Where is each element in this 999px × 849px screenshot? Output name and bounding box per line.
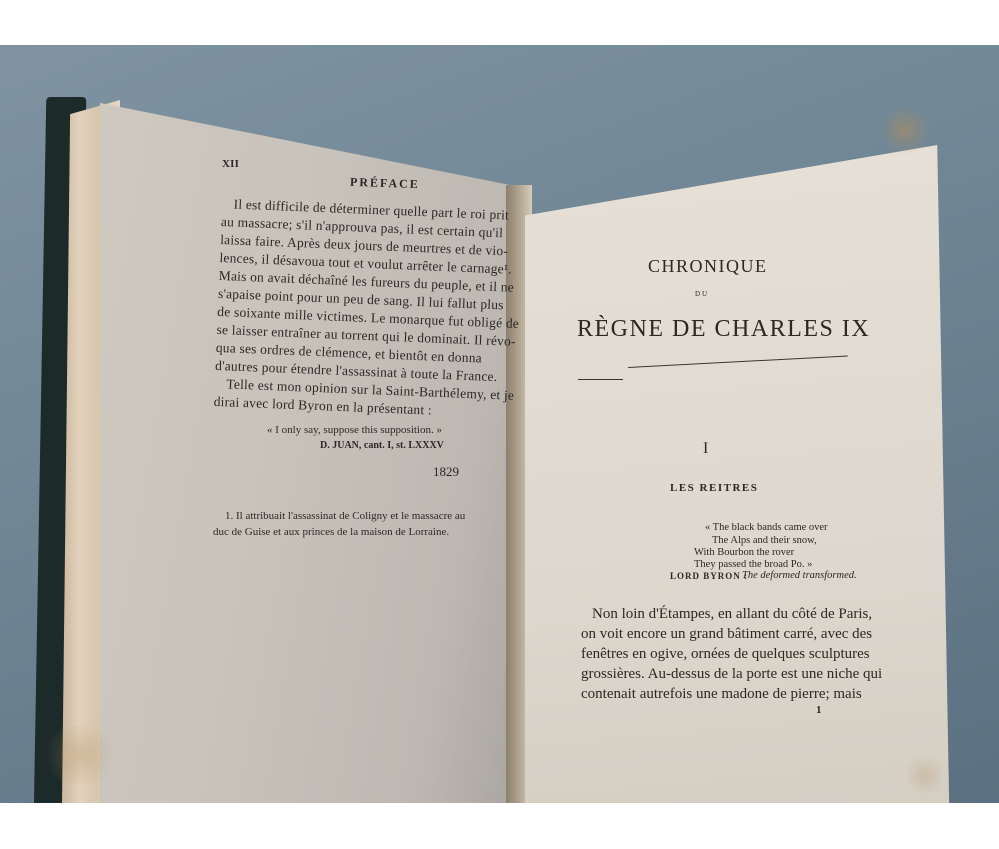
chapter-title: LES REITRES — [670, 482, 758, 494]
epigraph-line: With Bourbon the rover — [694, 547, 794, 558]
title-rule — [578, 379, 623, 380]
epigraph-author: LORD BYRON : — [670, 571, 748, 581]
signature-mark: 1 — [816, 704, 822, 716]
epigraph-line: The Alps and their snow, — [712, 535, 817, 546]
body-line: Non loin d'Étampes, en allant du côté de… — [592, 606, 872, 623]
title-rule — [628, 355, 848, 368]
right-page-text: CHRONIQUE DU RÈGNE DE CHARLES IX I LES R… — [0, 0, 999, 849]
title-du: DU — [695, 290, 709, 298]
body-line: contenait autrefois une madone de pierre… — [581, 686, 862, 703]
body-line: fenêtres en ogive, ornées de quelques sc… — [581, 646, 870, 663]
title-chronique: CHRONIQUE — [648, 256, 768, 277]
body-line: on voit encore un grand bâtiment carré, … — [581, 626, 872, 643]
epigraph-line: « The black bands came over — [705, 522, 828, 533]
body-line: grossières. Au-dessus de la porte est un… — [581, 666, 882, 683]
chapter-number: I — [703, 440, 708, 458]
title-regne: RÈGNE DE CHARLES IX — [577, 316, 870, 343]
epigraph-line: They passed the broad Po. » — [694, 559, 812, 570]
epigraph-work: The deformed transformed. — [742, 570, 857, 581]
